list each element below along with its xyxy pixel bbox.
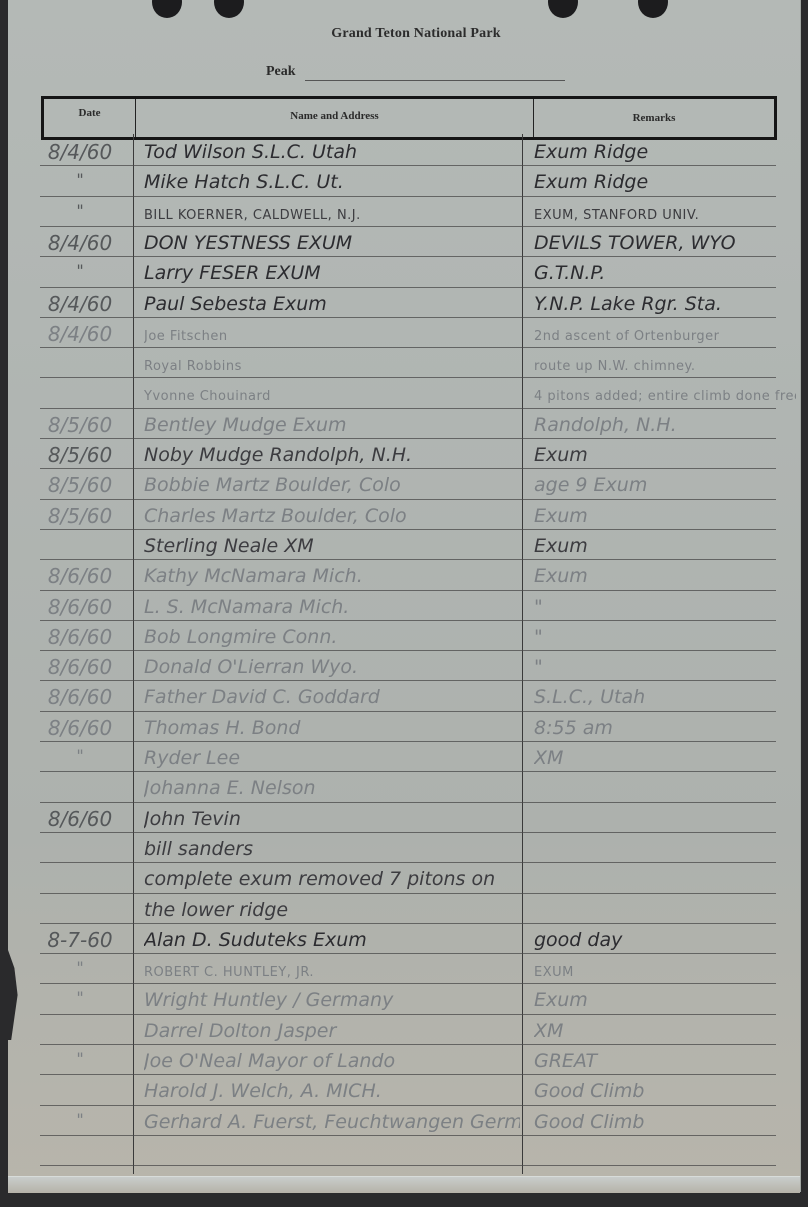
log-entry-row: 8/6/60John Tevin bbox=[0, 805, 800, 835]
entry-remarks: Exum bbox=[534, 535, 796, 557]
entry-remarks: good day bbox=[534, 929, 796, 951]
entry-remarks: " bbox=[534, 596, 796, 618]
entry-name: Wright Huntley / Germany bbox=[144, 989, 520, 1011]
log-entry-row: 8/6/60Donald O'Lierran Wyo." bbox=[0, 653, 800, 683]
log-entry-row: 8/4/60Joe Fitschen2nd ascent of Ortenbur… bbox=[0, 320, 800, 350]
entry-remarks: Good Climb bbox=[534, 1111, 796, 1133]
entry-date: 8/6/60 bbox=[30, 807, 130, 831]
entry-date: " bbox=[30, 201, 130, 220]
log-entry-row: Johanna E. Nelson bbox=[0, 774, 800, 804]
log-entry-row: "BILL KOERNER, CALDWELL, N.J.EXUM, STANF… bbox=[0, 199, 800, 229]
entry-name: Harold J. Welch, A. MICH. bbox=[144, 1080, 520, 1102]
entry-remarks: " bbox=[534, 656, 796, 678]
entry-name: the lower ridge bbox=[144, 899, 520, 921]
entry-name: Kathy McNamara Mich. bbox=[144, 565, 520, 587]
log-entry-row: 8/6/60Bob Longmire Conn." bbox=[0, 623, 800, 653]
entry-remarks: Y.N.P. Lake Rgr. Sta. bbox=[534, 293, 796, 315]
entry-date: 8/6/60 bbox=[30, 625, 130, 649]
entry-remarks: Exum bbox=[534, 505, 796, 527]
log-entry-row: 8/4/60Paul Sebesta ExumY.N.P. Lake Rgr. … bbox=[0, 290, 800, 320]
entry-remarks: XM bbox=[534, 1020, 796, 1042]
entry-date: 8/6/60 bbox=[30, 595, 130, 619]
entry-date: 8/6/60 bbox=[30, 564, 130, 588]
log-entry-row: "Joe O'Neal Mayor of LandoGREAT bbox=[0, 1047, 800, 1077]
entry-date: " bbox=[30, 170, 130, 189]
entry-date: " bbox=[30, 1110, 130, 1129]
log-entry-row: Sterling Neale XMExum bbox=[0, 532, 800, 562]
log-entry-row: "Ryder LeeXM bbox=[0, 744, 800, 774]
column-header: Date Name and Address Remarks bbox=[41, 96, 777, 140]
peak-field bbox=[305, 80, 565, 81]
log-entry-row: 8/5/60Bobbie Martz Boulder, Coloage 9 Ex… bbox=[0, 471, 800, 501]
log-entry-row: 8/6/60Father David C. GoddardS.L.C., Uta… bbox=[0, 683, 800, 713]
sheet-title: Grand Teton National Park bbox=[8, 26, 808, 42]
entry-remarks: Exum Ridge bbox=[534, 171, 796, 193]
log-entry-row bbox=[0, 1138, 800, 1168]
entry-remarks: age 9 Exum bbox=[534, 474, 796, 496]
entry-remarks: EXUM, STANFORD UNIV. bbox=[534, 208, 796, 223]
entry-name: ROBERT C. HUNTLEY, JR. bbox=[144, 965, 520, 980]
entry-date: 8/4/60 bbox=[30, 140, 130, 164]
log-entry-row: 8/4/60Tod Wilson S.L.C. UtahExum Ridge bbox=[0, 138, 800, 168]
entry-remarks: Exum Ridge bbox=[534, 141, 796, 163]
entry-date: " bbox=[30, 261, 130, 280]
entry-name: Yvonne Chouinard bbox=[144, 389, 520, 404]
entry-date: 8/6/60 bbox=[30, 685, 130, 709]
entry-remarks: 4 pitons added; entire climb done free. bbox=[534, 389, 796, 404]
log-entry-row: 8/5/60Bentley Mudge ExumRandolph, N.H. bbox=[0, 411, 800, 441]
header-date: Date bbox=[44, 99, 136, 137]
log-entry-row: 8/5/60Charles Martz Boulder, ColoExum bbox=[0, 502, 800, 532]
entry-date: 8/4/60 bbox=[30, 322, 130, 346]
entry-remarks: DEVILS TOWER, WYO bbox=[534, 232, 796, 254]
peak-label: Peak bbox=[266, 64, 296, 80]
punch-hole bbox=[638, 0, 668, 18]
entry-name: Royal Robbins bbox=[144, 359, 520, 374]
entry-remarks: EXUM bbox=[534, 965, 796, 980]
log-entry-row: 8/5/60Noby Mudge Randolph, N.H.Exum bbox=[0, 441, 800, 471]
entry-date: 8/4/60 bbox=[30, 231, 130, 255]
log-entry-row: "Mike Hatch S.L.C. Ut.Exum Ridge bbox=[0, 168, 800, 198]
log-entry-row: "ROBERT C. HUNTLEY, JR.EXUM bbox=[0, 956, 800, 986]
entry-date: 8/4/60 bbox=[30, 292, 130, 316]
entry-date: " bbox=[30, 1049, 130, 1068]
log-entry-row: 8/6/60L. S. McNamara Mich." bbox=[0, 593, 800, 623]
log-entry-row: 8/6/60Kathy McNamara Mich.Exum bbox=[0, 562, 800, 592]
log-entry-row: "Larry FESER EXUMG.T.N.P. bbox=[0, 259, 800, 289]
entry-name: complete exum removed 7 pitons on bbox=[144, 868, 520, 890]
entry-remarks: Good Climb bbox=[534, 1080, 796, 1102]
log-entry-row: complete exum removed 7 pitons on bbox=[0, 865, 800, 895]
entry-date: 8/5/60 bbox=[30, 473, 130, 497]
entry-name: Sterling Neale XM bbox=[144, 535, 520, 557]
entry-name: DON YESTNESS EXUM bbox=[144, 232, 520, 254]
entry-remarks: 2nd ascent of Ortenburger bbox=[534, 329, 796, 344]
log-entry-row: Harold J. Welch, A. MICH.Good Climb bbox=[0, 1077, 800, 1107]
entry-name: Bentley Mudge Exum bbox=[144, 414, 520, 436]
punch-hole bbox=[548, 0, 578, 18]
log-entry-row: bill sanders bbox=[0, 835, 800, 865]
log-entry-row: Yvonne Chouinard4 pitons added; entire c… bbox=[0, 380, 800, 410]
entry-name: Thomas H. Bond bbox=[144, 717, 520, 739]
entry-remarks: XM bbox=[534, 747, 796, 769]
entry-name: Paul Sebesta Exum bbox=[144, 293, 520, 315]
entry-name: Larry FESER EXUM bbox=[144, 262, 520, 284]
entry-name: Ryder Lee bbox=[144, 747, 520, 769]
entry-date: 8/6/60 bbox=[30, 716, 130, 740]
entry-remarks: GREAT bbox=[534, 1050, 796, 1072]
punch-hole bbox=[214, 0, 244, 18]
entry-name: Mike Hatch S.L.C. Ut. bbox=[144, 171, 520, 193]
log-entry-row: 8-7-60Alan D. Suduteks Exumgood day bbox=[0, 926, 800, 956]
log-entry-row: "Gerhard A. Fuerst, Feuchtwangen Germany… bbox=[0, 1108, 800, 1138]
entry-date: 8/5/60 bbox=[30, 504, 130, 528]
entry-name: Donald O'Lierran Wyo. bbox=[144, 656, 520, 678]
entry-name: Charles Martz Boulder, Colo bbox=[144, 505, 520, 527]
entry-name: bill sanders bbox=[144, 838, 520, 860]
entry-name: Gerhard A. Fuerst, Feuchtwangen Germany bbox=[144, 1111, 520, 1133]
entry-remarks: Exum bbox=[534, 989, 796, 1011]
entry-name: Joe O'Neal Mayor of Lando bbox=[144, 1050, 520, 1072]
entry-remarks: S.L.C., Utah bbox=[534, 686, 796, 708]
entry-name: Noby Mudge Randolph, N.H. bbox=[144, 444, 520, 466]
entry-name: Bobbie Martz Boulder, Colo bbox=[144, 474, 520, 496]
entry-remarks: G.T.N.P. bbox=[534, 262, 796, 284]
entry-remarks: Randolph, N.H. bbox=[534, 414, 796, 436]
entry-name: John Tevin bbox=[144, 808, 520, 830]
entry-name: Darrel Dolton Jasper bbox=[144, 1020, 520, 1042]
log-entry-row: 8/6/60Thomas H. Bond8:55 am bbox=[0, 714, 800, 744]
entry-date: 8/5/60 bbox=[30, 413, 130, 437]
log-entry-row: the lower ridge bbox=[0, 896, 800, 926]
log-entry-row: Darrel Dolton JasperXM bbox=[0, 1017, 800, 1047]
entry-name: Bob Longmire Conn. bbox=[144, 626, 520, 648]
entry-remarks: Exum bbox=[534, 565, 796, 587]
entry-name: Johanna E. Nelson bbox=[144, 777, 520, 799]
entry-date: " bbox=[30, 988, 130, 1007]
page-bottom-edge bbox=[8, 1176, 800, 1193]
entry-name: Tod Wilson S.L.C. Utah bbox=[144, 141, 520, 163]
entry-remarks: Exum bbox=[534, 444, 796, 466]
entry-date: " bbox=[30, 958, 130, 977]
entry-name: L. S. McNamara Mich. bbox=[144, 596, 520, 618]
entry-date: 8/6/60 bbox=[30, 655, 130, 679]
entry-date: " bbox=[30, 746, 130, 765]
entry-name: Alan D. Suduteks Exum bbox=[144, 929, 520, 951]
entry-remarks: route up N.W. chimney. bbox=[534, 359, 796, 374]
log-entry-row: Royal Robbinsroute up N.W. chimney. bbox=[0, 350, 800, 380]
entry-date: 8/5/60 bbox=[30, 443, 130, 467]
entry-name: Joe Fitschen bbox=[144, 329, 520, 344]
punch-hole bbox=[152, 0, 182, 18]
header-remarks: Remarks bbox=[534, 99, 774, 137]
log-entry-row: "Wright Huntley / GermanyExum bbox=[0, 986, 800, 1016]
log-entry-row: 8/4/60DON YESTNESS EXUMDEVILS TOWER, WYO bbox=[0, 229, 800, 259]
entry-date: 8-7-60 bbox=[30, 928, 130, 952]
entry-remarks: 8:55 am bbox=[534, 717, 796, 739]
header-name-address: Name and Address bbox=[136, 99, 534, 137]
entry-remarks: " bbox=[534, 626, 796, 648]
entry-name: Father David C. Goddard bbox=[144, 686, 520, 708]
entry-name: BILL KOERNER, CALDWELL, N.J. bbox=[144, 208, 520, 223]
